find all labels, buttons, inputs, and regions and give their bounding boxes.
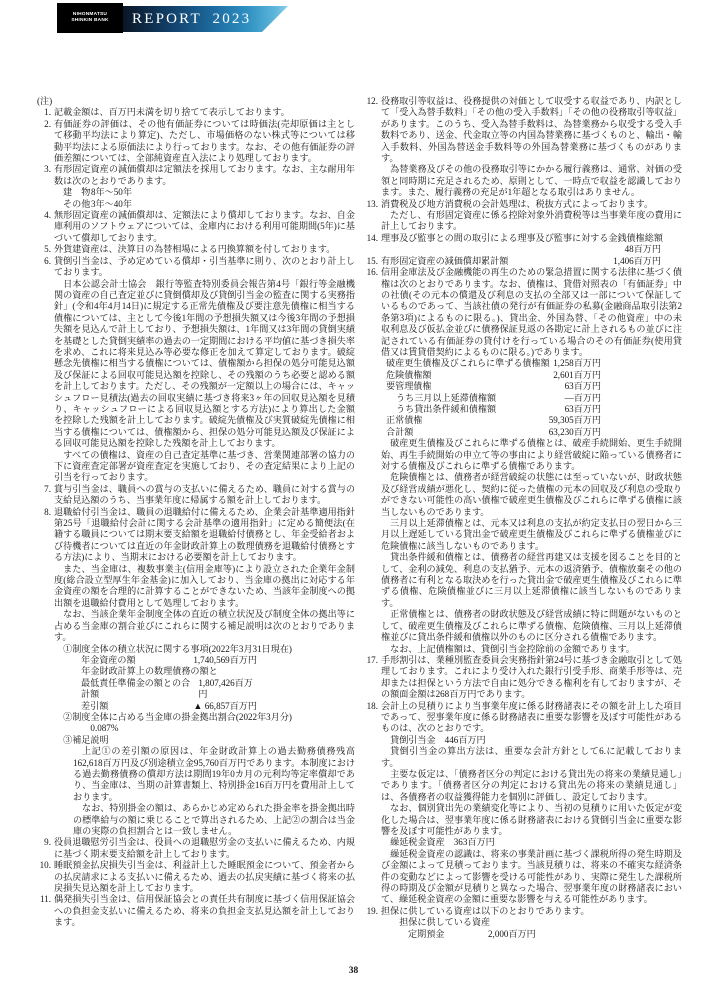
row-value: 2,601百万円 xyxy=(553,370,601,381)
note-body: 睡眠預金払戻損失引当金は、利益計上した睡眠預金について、預金者からの払戻請求によ… xyxy=(54,860,355,894)
note-number: 18. xyxy=(363,701,378,906)
note-number: 5. xyxy=(36,244,51,255)
note-item-12: 12.役務取引等収益は、役務提供の対価として収受する収益であり、内訳として「受入… xyxy=(363,96,682,199)
row-label: うち三月以上延滞債権額 xyxy=(396,393,496,404)
note-number: 2. xyxy=(36,119,51,165)
note-body: 信用金庫法及び金融機能の再生のための緊急措置に関する法律に基づく債権は次のとおり… xyxy=(381,267,682,655)
row-label: 破産更生債権及びこれらに準ずる債権額 xyxy=(386,358,550,369)
note-item-5: 5.外貨建資産は、決算日の為替相場による円換算額を付しております。 xyxy=(36,244,355,255)
note-number: 10. xyxy=(36,860,51,894)
note-item-14: 14.理事及び監事との間の取引による理事及び監事に対する金銭債権総額48百万円 xyxy=(363,233,682,256)
amount-row: 差引額▲ 66,857百万円 xyxy=(54,701,257,712)
page-number: 38 xyxy=(0,966,707,976)
paragraph: 有形固定資産の減価償却は定額法を採用しております。なお、主な耐用年数は次のとおり… xyxy=(54,164,355,187)
note-body: 役員退職慰労引当金は、役員への退職慰労金の支払いに備えるため、内規に基づく期末要… xyxy=(54,837,355,860)
text-line: ②制度全体に占める当金庫の掛金拠出割合(2022年3月分) xyxy=(54,712,355,723)
paragraph: 睡眠預金払戻損失引当金は、利益計上した睡眠預金について、預金者からの払戻請求によ… xyxy=(54,860,355,894)
row-label: 有形固定資産の減価償却累計額 xyxy=(381,256,508,267)
row-value: 1,258百万円 xyxy=(553,358,601,369)
paragraph: 会計上の見積りにより当事業年度に係る財務諸表にその額を計上した項目であって、翌事… xyxy=(381,701,682,735)
paragraph: 手形割引は、業種別監査委員会実務指針第24号に基づき金融取引として処理しておりま… xyxy=(381,655,682,701)
row-value: 63百万円 xyxy=(565,404,601,415)
row-label: 差引額 xyxy=(81,701,108,712)
paragraph: なお、個別貸出先の業績変化等により、当初の見積りに用いた仮定が変化した場合は、翌… xyxy=(381,803,682,837)
row-label: 定期預金 xyxy=(408,929,488,940)
amount-row: うち三月以上延滞債権額―百万円 xyxy=(381,393,601,404)
paragraph: すべての債権は、資産の自己査定基準に基づき、営業関連部署の協力の下に資産査定部署… xyxy=(54,450,355,484)
amount-row: うち貸出条件緩和債権額63百万円 xyxy=(381,404,601,415)
paragraph: 主要な仮定は、「債務者区分の判定における貸出先の将来の業績見通し」であります。「… xyxy=(381,769,682,803)
paragraph: 上記①の差引額の原因は、年金財政計算上の過去勤務債務残高162,618百万円及び… xyxy=(73,746,355,803)
amount-row: 正常債権59,305百万円 xyxy=(381,415,601,426)
report-title-band: REPORT 2023 xyxy=(123,6,288,32)
note-body: 偶発損失引当金は、信用保証協会との責任共有制度に基づく信用保証協会への負担金支払… xyxy=(54,894,355,928)
amount-row: 最低責任準備金の額との合計額1,807,426百万円 xyxy=(54,678,257,701)
note-body: 会計上の見積りにより当事業年度に係る財務諸表にその額を計上した項目であって、翌事… xyxy=(381,701,682,906)
amount-row: 有形固定資産の減価償却累計額1,406百万円 xyxy=(381,256,682,267)
paragraph: 有価証券の評価は、その他有価証券については時価法(売却原価は主として移動平均法に… xyxy=(54,119,355,165)
note-item-4: 4.無形固定資産の減価償却は、定額法により償却しております。なお、自金庫利用のソ… xyxy=(36,210,355,244)
row-value: 3年〜40年 xyxy=(91,199,132,210)
paragraph: なお、当該企業年金制度全体の直近の積立状況及び制度全体の拠出等に占める当金庫の割… xyxy=(54,609,355,643)
note-item-19: 19.担保に供している資産は以下のとおりであります。担保に供している資産定期預金… xyxy=(363,906,682,940)
bank-logo-line2: SHINKIN BANK xyxy=(71,18,108,24)
note-item-6: 6.貸倒引当金は、予め定めている償却・引当基準に則り、次のとおり計上しております… xyxy=(36,256,355,484)
row-label: 要管理債権 xyxy=(386,381,431,392)
note-item-7: 7.賞与引当金は、職員への賞与の支払いに備えるため、職員に対する賞与の支給見込額… xyxy=(36,484,355,507)
note-item-2: 2.有価証券の評価は、その他有価証券については時価法(売却原価は主として移動平均… xyxy=(36,119,355,165)
text-line: 貸倒引当金 446百万円 xyxy=(381,735,682,746)
note-body: 外貨建資産は、決算日の為替相場による円換算額を付しております。 xyxy=(54,244,355,255)
notes-content: (注) 1.記載金額は、百万円未満を切り捨てて表示しております。2.有価証券の評… xyxy=(36,96,682,940)
paragraph: 日本公認会計士協会 銀行等監査特別委員会報告第4号「銀行等金融機関の資産の自己査… xyxy=(54,279,355,450)
note-body: 理事及び監事との間の取引による理事及び監事に対する金銭債権総額48百万円 xyxy=(381,233,682,256)
text-line: 繰延税金資産 363百万円 xyxy=(381,837,682,848)
amount-row: 要管理債権63百万円 xyxy=(381,381,601,392)
note-number: 8. xyxy=(36,507,51,838)
note-number: 19. xyxy=(363,906,378,940)
right-column-items: 12.役務取引等収益は、役務提供の対価として収受する収益であり、内訳として「受入… xyxy=(363,96,682,940)
report-title: REPORT 2023 xyxy=(132,11,251,28)
paragraph: 偶発損失引当金は、信用保証協会との責任共有制度に基づく信用保証協会への負担金支払… xyxy=(54,894,355,928)
key-value-row: 定期預金2,000百万円 xyxy=(381,929,682,940)
row-value: 59,305百万円 xyxy=(549,415,601,426)
paragraph: ただし、有形固定資産に係る控除対象外消費税等は当事業年度の費用に計上しております… xyxy=(381,210,682,233)
row-value: 8年〜50年 xyxy=(91,187,132,198)
row-value: 1,807,426百万円 xyxy=(198,678,257,701)
paragraph: 外貨建資産は、決算日の為替相場による円換算額を付しております。 xyxy=(54,244,355,255)
paragraph: 貸出条件緩和債権とは、債務者の経営再建又は支援を図ることを目的として、金利の減免… xyxy=(381,552,682,609)
key-value-row: 建 物8年〜50年 xyxy=(54,187,355,198)
note-number: 17. xyxy=(363,655,378,701)
note-item-17: 17.手形割引は、業種別監査委員会実務指針第24号に基づき金融取引として処理して… xyxy=(363,655,682,701)
row-label: 合計額 xyxy=(386,427,413,438)
row-label: うち貸出条件緩和債権額 xyxy=(396,404,496,415)
note-item-10: 10.睡眠預金払戻損失引当金は、利益計上した睡眠預金について、預金者からの払戻請… xyxy=(36,860,355,894)
note-number: 15. xyxy=(363,256,378,267)
note-item-15: 15.有形固定資産の減価償却累計額1,406百万円 xyxy=(363,256,682,267)
paragraph: 貸倒引当金は、予め定めている償却・引当基準に則り、次のとおり計上しております。 xyxy=(54,256,355,279)
amount-row: 破産更生債権及びこれらに準ずる債権額1,258百万円 xyxy=(381,358,601,369)
row-label: 正常債権 xyxy=(386,415,422,426)
note-number: 11. xyxy=(36,894,51,928)
row-label: その他 xyxy=(63,199,91,210)
bank-logo: NIHONMATSU SHINKIN BANK xyxy=(57,3,123,33)
paragraph: なお、上記債権額は、貸倒引当金控除前の金額であります。 xyxy=(381,644,682,655)
left-column-items: 1.記載金額は、百万円未満を切り捨てて表示しております。2.有価証券の評価は、そ… xyxy=(36,107,355,928)
note-number: 3. xyxy=(36,164,51,210)
note-body: 消費税及び地方消費税の会計処理は、税抜方式によっております。ただし、有形固定資産… xyxy=(381,199,682,233)
note-body: 退職給付引当金は、職員の退職給付に備えるため、企業会計基準適用指針第25号「退職… xyxy=(54,507,355,838)
paragraph: 為替業務及びその他の役務取引等にかかる履行義務は、通常、対価の受領と同時期に充足… xyxy=(381,164,682,198)
paragraph: 担保に供している資産は以下のとおりであります。 xyxy=(381,906,682,917)
note-number: 13. xyxy=(363,199,378,233)
note-number: 6. xyxy=(36,256,51,484)
note-number: 9. xyxy=(36,837,51,860)
row-label: 最低責任準備金の額との合計額 xyxy=(81,678,198,701)
note-number: 16. xyxy=(363,267,378,655)
report-page: NIHONMATSU SHINKIN BANK REPORT 2023 (注) … xyxy=(0,0,707,1000)
paragraph: 理事及び監事との間の取引による理事及び監事に対する金銭債権総額 xyxy=(381,233,682,244)
paragraph: 三月以上延滞債権とは、元本又は利息の支払が約定支払日の翌日から三月以上遅延してい… xyxy=(381,518,682,552)
note-body: 役務取引等収益は、役務提供の対価として収受する収益であり、内訳として「受入為替手… xyxy=(381,96,682,199)
note-item-9: 9.役員退職慰労引当金は、役員への退職慰労金の支払いに備えるため、内規に基づく期… xyxy=(36,837,355,860)
text-line: ③補足説明 xyxy=(54,735,355,746)
paragraph: 役務取引等収益は、役務提供の対価として収受する収益であり、内訳として「受入為替手… xyxy=(381,96,682,164)
paragraph: 危険債権とは、債務者が経営破綻の状態には至っていないが、財政状態及び経営成績が悪… xyxy=(381,472,682,518)
row-value: ―百万円 xyxy=(565,393,601,404)
text-line: 0.087% xyxy=(54,723,355,734)
row-label: 建 物 xyxy=(63,187,91,198)
paragraph: 役員退職慰労引当金は、役員への退職慰労金の支払いに備えるため、内規に基づく期末要… xyxy=(54,837,355,860)
paragraph: 信用金庫法及び金融機能の再生のための緊急措置に関する法律に基づく債権は次のとおり… xyxy=(381,267,682,358)
row-value: 63百万円 xyxy=(565,381,601,392)
row-value: 1,406百万円 xyxy=(613,256,661,267)
note-body: 有形固定資産の減価償却は定額法を採用しております。なお、主な耐用年数は次のとおり… xyxy=(54,164,355,210)
note-item-11: 11.偶発損失引当金は、信用保証協会との責任共有制度に基づく信用保証協会への負担… xyxy=(36,894,355,928)
note-number: 12. xyxy=(363,96,378,199)
note-item-13: 13.消費税及び地方消費税の会計処理は、税抜方式によっております。ただし、有形固… xyxy=(363,199,682,233)
note-body: 手形割引は、業種別監査委員会実務指針第24号に基づき金融取引として処理しておりま… xyxy=(381,655,682,701)
right-column: 12.役務取引等収益は、役務提供の対価として収受する収益であり、内訳として「受入… xyxy=(363,96,682,940)
paragraph: 正常債権とは、債務者の財政状態及び経営成績に特に問題がないものとして、破産更生債… xyxy=(381,609,682,643)
key-value-row: その他3年〜40年 xyxy=(54,199,355,210)
note-body: 有価証券の評価は、その他有価証券については時価法(売却原価は主として移動平均法に… xyxy=(54,119,355,165)
note-body: 記載金額は、百万円未満を切り捨てて表示しております。 xyxy=(54,107,355,118)
text-line: 担保に供している資産 xyxy=(381,917,682,928)
note-item-1: 1.記載金額は、百万円未満を切り捨てて表示しております。 xyxy=(36,107,355,118)
paragraph: また、当金庫は、複数事業主(信用金庫等)により設立された企業年金制度(総合設立型… xyxy=(54,564,355,610)
note-body: 無形固定資産の減価償却は、定額法により償却しております。なお、自金庫利用のソフト… xyxy=(54,210,355,244)
paragraph: 無形固定資産の減価償却は、定額法により償却しております。なお、自金庫利用のソフト… xyxy=(54,210,355,244)
text-line: ①制度全体の積立状況に関する事項(2022年3月31日現在) xyxy=(54,644,355,655)
note-item-18: 18.会計上の見積りにより当事業年度に係る財務諸表にその額を計上した項目であって… xyxy=(363,701,682,906)
note-body: 賞与引当金は、職員への賞与の支払いに備えるため、職員に対する賞与の支給見込額のう… xyxy=(54,484,355,507)
paragraph: なお、特別掛金の額は、あらかじめ定められた掛金率を掛金拠出時の標準給与の額に乗じ… xyxy=(73,803,355,837)
paragraph: 退職給付引当金は、職員の退職給付に備えるため、企業会計基準適用指針第25号「退職… xyxy=(54,507,355,564)
paragraph: 記載金額は、百万円未満を切り捨てて表示しております。 xyxy=(54,107,355,118)
row-value: ▲ 66,857百万円 xyxy=(193,701,257,712)
right-aligned-amount: 48百万円 xyxy=(381,244,682,255)
note-label: (注) xyxy=(36,96,355,107)
row-label: 危険債権額 xyxy=(386,370,431,381)
amount-row: 合計額63,230百万円 xyxy=(381,427,601,438)
note-number: 7. xyxy=(36,484,51,507)
row-label: 年金資産の額 xyxy=(81,655,136,666)
note-item-3: 3.有形固定資産の減価償却は定額法を採用しております。なお、主な耐用年数は次のと… xyxy=(36,164,355,210)
left-column: (注) 1.記載金額は、百万円未満を切り捨てて表示しております。2.有価証券の評… xyxy=(36,96,355,940)
row-value: 2,000百万円 xyxy=(488,929,536,940)
paragraph: 賞与引当金は、職員への賞与の支払いに備えるため、職員に対する賞与の支給見込額のう… xyxy=(54,484,355,507)
paragraph: 消費税及び地方消費税の会計処理は、税抜方式によっております。 xyxy=(381,199,682,210)
note-item-16: 16.信用金庫法及び金融機能の再生のための緊急措置に関する法律に基づく債権は次の… xyxy=(363,267,682,655)
row-value: 63,230百万円 xyxy=(549,427,601,438)
note-number: 1. xyxy=(36,107,51,118)
row-value: 1,740,569百万円 xyxy=(193,655,257,666)
note-body: 貸倒引当金は、予め定めている償却・引当基準に則り、次のとおり計上しております。日… xyxy=(54,256,355,484)
note-body: 担保に供している資産は以下のとおりであります。担保に供している資産定期預金2,0… xyxy=(381,906,682,940)
note-number: 14. xyxy=(363,233,378,256)
paragraph: 貸倒引当金の算出方法は、重要な会計方針として6.に記載しております。 xyxy=(381,746,682,769)
paragraph: 繰延税金資産の認識は、将来の事業計画に基づく課税所得の発生時期及び金額によって見… xyxy=(381,849,682,906)
note-body: 有形固定資産の減価償却累計額1,406百万円 xyxy=(381,256,682,267)
amount-row: 危険債権額2,601百万円 xyxy=(381,370,601,381)
text-line: 年金財政計算上の数理債務の額と xyxy=(54,666,355,677)
amount-row: 年金資産の額1,740,569百万円 xyxy=(54,655,257,666)
note-number: 4. xyxy=(36,210,51,244)
note-item-8: 8.退職給付引当金は、職員の退職給付に備えるため、企業会計基準適用指針第25号「… xyxy=(36,507,355,838)
paragraph: 破産更生債権及びこれらに準ずる債権とは、破産手続開始、更生手続開始、再生手続開始… xyxy=(381,438,682,472)
